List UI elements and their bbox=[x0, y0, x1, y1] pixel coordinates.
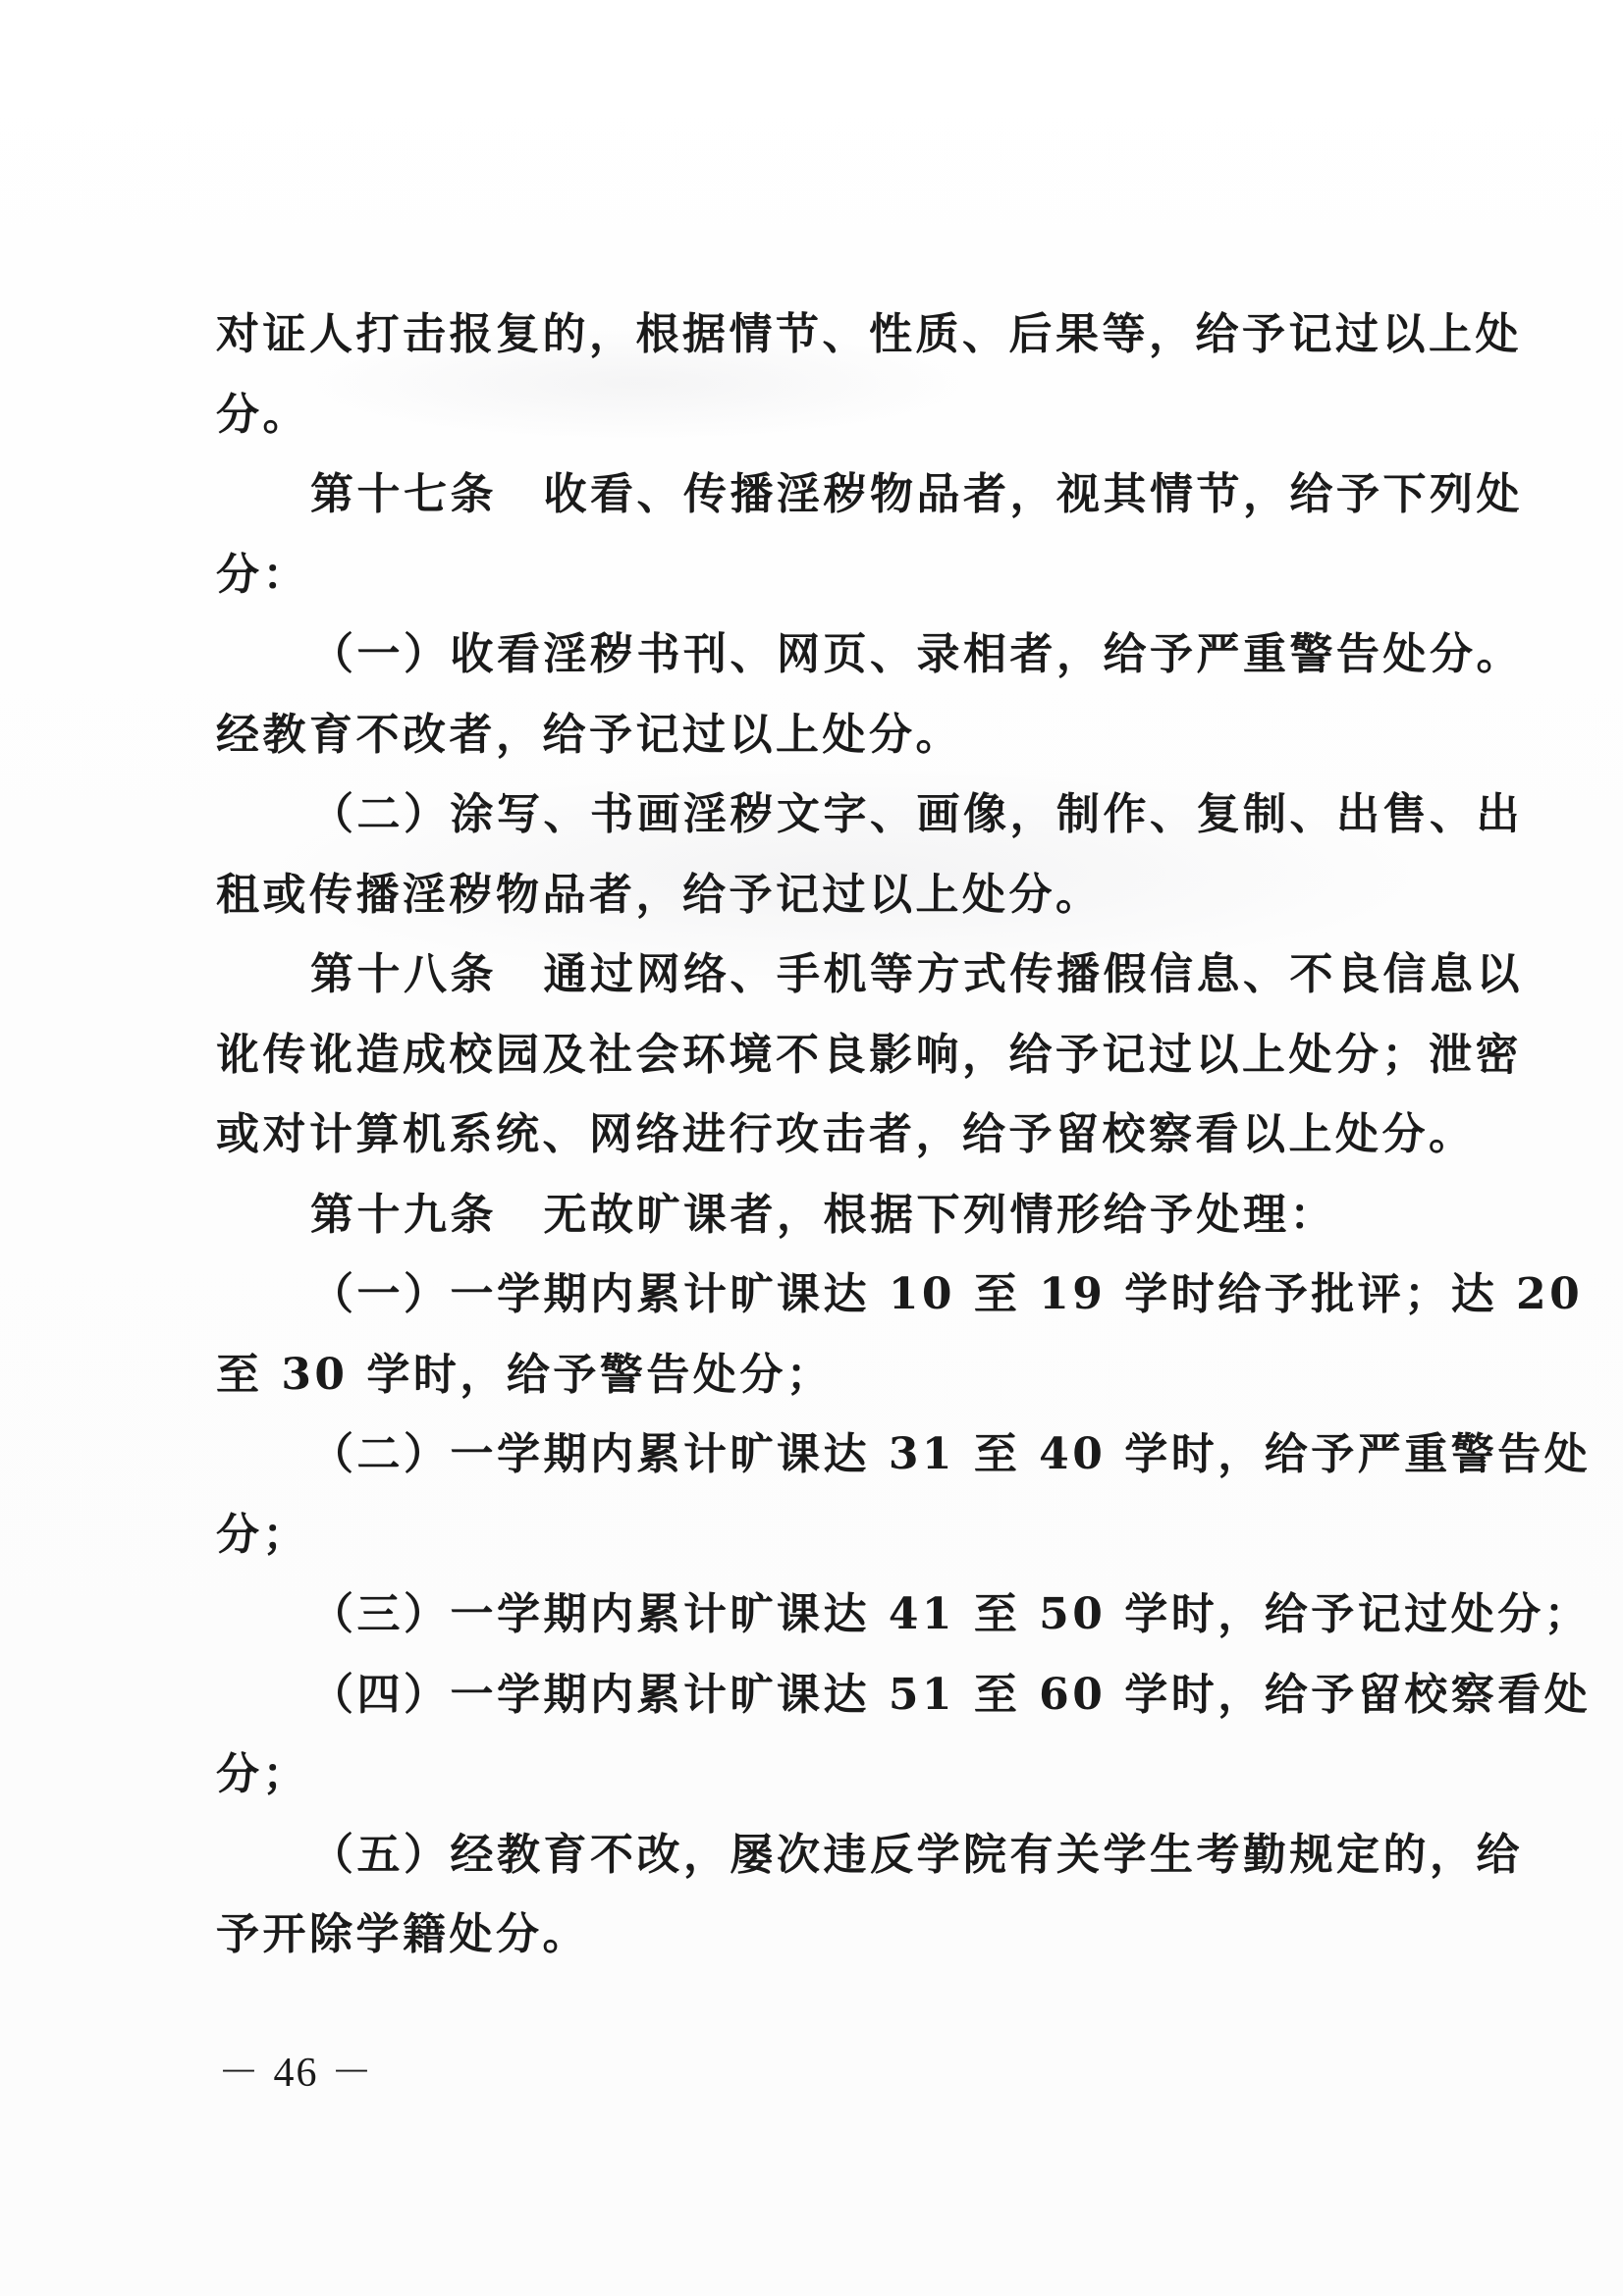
article-19-heading-line: 第十九条 无故旷课者，根据下列情形给予处理： bbox=[216, 1175, 1453, 1255]
article-19-item-2-line: （二）一学期内累计旷课达 31 至 40 学时，给予严重警告处 bbox=[216, 1415, 1453, 1495]
paragraph-line: 分。 bbox=[216, 375, 1453, 455]
paragraph-line: 对证人打击报复的，根据情节、性质、后果等，给予记过以上处 bbox=[216, 294, 1453, 375]
paragraph-line: 分； bbox=[216, 1495, 1453, 1575]
document-body: 对证人打击报复的，根据情节、性质、后果等，给予记过以上处 分。 第十七条 收看、… bbox=[216, 294, 1453, 1975]
paragraph-line: 予开除学籍处分。 bbox=[216, 1895, 1453, 1975]
article-18-heading-line: 第十八条 通过网络、手机等方式传播假信息、不良信息以 bbox=[216, 934, 1453, 1015]
article-19-item-4-line: （四）一学期内累计旷课达 51 至 60 学时，给予留校察看处 bbox=[216, 1655, 1453, 1735]
article-19-item-5-line: （五）经教育不改，屡次违反学院有关学生考勤规定的，给 bbox=[216, 1815, 1453, 1896]
article-19-item-3-line: （三）一学期内累计旷课达 41 至 50 学时，给予记过处分； bbox=[216, 1575, 1453, 1655]
paragraph-line: 租或传播淫秽物品者，给予记过以上处分。 bbox=[216, 855, 1453, 935]
paragraph-line: 分： bbox=[216, 535, 1453, 615]
paragraph-line: 分； bbox=[216, 1735, 1453, 1815]
paragraph-line: 讹传讹造成校园及社会环境不良影响，给予记过以上处分；泄密 bbox=[216, 1015, 1453, 1095]
paragraph-line: 经教育不改者，给予记过以上处分。 bbox=[216, 695, 1453, 775]
article-17-item-1-line: （一）收看淫秽书刊、网页、录相者，给予严重警告处分。 bbox=[216, 614, 1453, 695]
paragraph-line: 或对计算机系统、网络进行攻击者，给予留校察看以上处分。 bbox=[216, 1095, 1453, 1175]
article-17-item-2-line: （二）涂写、书画淫秽文字、画像，制作、复制、出售、出 bbox=[216, 774, 1453, 855]
article-19-item-1-line: （一）一学期内累计旷课达 10 至 19 学时给予批评；达 20 bbox=[216, 1255, 1453, 1335]
article-17-heading-line: 第十七条 收看、传播淫秽物品者，视其情节，给予下列处 bbox=[216, 454, 1453, 535]
document-page: 对证人打击报复的，根据情节、性质、后果等，给予记过以上处 分。 第十七条 收看、… bbox=[0, 0, 1623, 2296]
page-number: － 46 － bbox=[218, 2040, 374, 2099]
paragraph-line: 至 30 学时，给予警告处分； bbox=[216, 1335, 1453, 1415]
